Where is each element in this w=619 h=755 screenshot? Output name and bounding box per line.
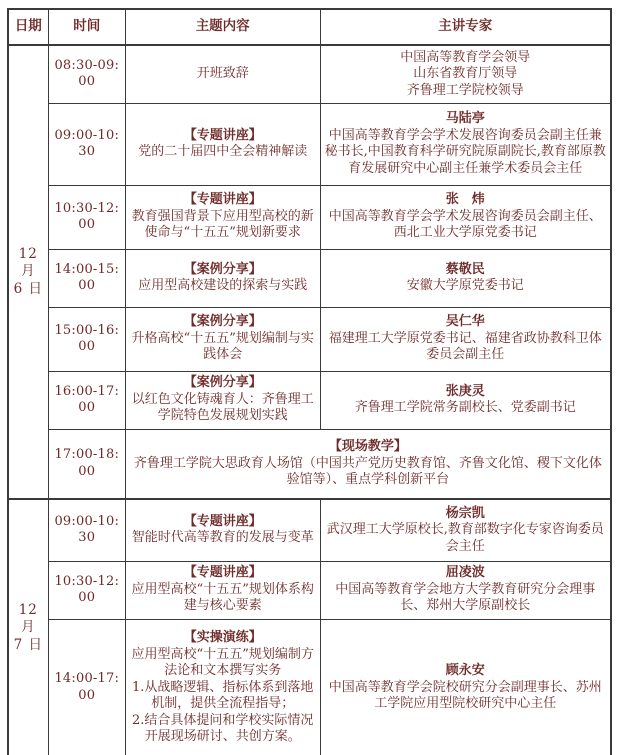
session-topic: 【案例分享】 升格高校“十五五”规划编制与实践体会 (125, 307, 320, 371)
session-topic: 【专题讲座】 党的二十届四中全会精神解读 (125, 103, 320, 185)
session-speaker: 吴仁华 福建理工大学原党委书记、福建省政协教科卫体委员会副主任 (320, 307, 611, 371)
session-row: 17:00-18:00 【现场教学】 齐鲁理工学院大思政育人场馆（中国共产党历史… (8, 429, 611, 499)
session-row: 10:30-12:00 【专题讲座】 教育强国背景下应用型高校的新使命与“十五五… (8, 185, 611, 249)
session-time: 16:00-17:00 (48, 371, 125, 429)
topic-tag: 【实操演练】 (130, 630, 316, 647)
session-time: 09:00-10:30 (48, 103, 125, 185)
speaker-name: 吴仁华 (325, 314, 606, 331)
session-row: 10:30-12:00 【专题讲座】 应用型高校“十五五”规划体系构建与核心要素… (8, 561, 611, 619)
col-header-time: 时间 (48, 9, 125, 45)
session-time: 17:00-18:00 (48, 429, 125, 499)
date-cell-day2: 12 月 7 日 (8, 499, 48, 755)
date-cell-day1: 12 月 6 日 (8, 45, 48, 499)
session-row: 15:00-16:00 【案例分享】 升格高校“十五五”规划编制与实践体会 吴仁… (8, 307, 611, 371)
session-time: 10:30-12:00 (48, 185, 125, 249)
session-topic: 【案例分享】 应用型高校建设的探索与实践 (125, 249, 320, 307)
session-speaker: 张 炜 中国高等教育学会学术发展咨询委员会副主任、西北工业大学原党委书记 (320, 185, 611, 249)
speaker-name: 顾永安 (325, 663, 606, 680)
topic-body: 应用型高校建设的探索与实践 (130, 278, 316, 295)
schedule-table: 日期 时间 主题内容 主讲专家 12 月 6 日 08:30-09:00 开班致… (7, 8, 612, 755)
topic-tag: 【专题讲座】 (130, 565, 316, 582)
speaker-name: 张 炜 (325, 192, 606, 209)
session-time: 14:00-15:00 (48, 249, 125, 307)
session-topic-merged: 【现场教学】 齐鲁理工学院大思政育人场馆（中国共产党历史教育馆、齐鲁文化馆、稷下… (125, 429, 611, 499)
topic-body: 以红色文化铸魂育人：齐鲁理工学院特色发展规划实践 (130, 392, 316, 425)
col-header-date: 日期 (8, 9, 48, 45)
speaker-name: 屈凌波 (325, 565, 606, 582)
topic-body: 开班致辞 (130, 66, 316, 83)
speaker-name: 杨宗凯 (325, 506, 606, 523)
speaker-desc: 齐鲁理工学院常务副校长、党委副书记 (325, 400, 606, 417)
session-row: 12 月 7 日 09:00-10:30 【专题讲座】 智能时代高等教育的发展与… (8, 499, 611, 561)
speaker-desc: 中国高等教育学会学术发展咨询委员会副主任、西北工业大学原党委书记 (325, 209, 606, 242)
speaker-name: 蔡敬民 (325, 262, 606, 279)
session-time: 14:00-17:00 (48, 619, 125, 755)
speaker-desc: 中国高等教育学会学术发展咨询委员会副主任兼秘书长,中国教育科学研究院原副院长,教… (325, 128, 606, 178)
session-topic: 【专题讲座】 教育强国背景下应用型高校的新使命与“十五五”规划新要求 (125, 185, 320, 249)
topic-body: 齐鲁理工学院大思政育人场馆（中国共产党历史教育馆、齐鲁文化馆、稷下文化体验馆等）… (130, 456, 606, 489)
topic-tag: 【现场教学】 (130, 439, 606, 456)
topic-tag: 【案例分享】 (130, 262, 316, 279)
topic-tag: 【案例分享】 (130, 314, 316, 331)
session-speaker: 马陆亭 中国高等教育学会学术发展咨询委员会副主任兼秘书长,中国教育科学研究院原副… (320, 103, 611, 185)
speaker-name: 马陆亭 (325, 111, 606, 128)
topic-body: 教育强国背景下应用型高校的新使命与“十五五”规划新要求 (130, 209, 316, 242)
topic-tag: 【专题讲座】 (130, 192, 316, 209)
col-header-speaker: 主讲专家 (320, 9, 611, 45)
session-time: 08:30-09:00 (48, 45, 125, 103)
session-row: 16:00-17:00 【案例分享】 以红色文化铸魂育人：齐鲁理工学院特色发展规… (8, 371, 611, 429)
topic-body: 应用型高校“十五五”规划编制方法论和文本撰写实务 1.从战略逻辑、指标体系到落地… (130, 647, 316, 746)
topic-tag: 【专题讲座】 (130, 128, 316, 145)
session-row: 14:00-15:00 【案例分享】 应用型高校建设的探索与实践 蔡敬民 安徽大… (8, 249, 611, 307)
speaker-desc: 福建理工大学原党委书记、福建省政协教科卫体委员会副主任 (325, 331, 606, 364)
topic-tag: 【专题讲座】 (130, 514, 316, 531)
session-speaker: 杨宗凯 武汉理工大学原校长,教育部数字化专家咨询委员会主任 (320, 499, 611, 561)
session-speaker: 蔡敬民 安徽大学原党委书记 (320, 249, 611, 307)
speaker-desc: 中国高等教育学会领导 山东省教育厅领导 齐鲁理工学院校领导 (325, 50, 606, 100)
speaker-desc: 中国高等教育学会地方大学教育研究分会理事长、郑州大学原副校长 (325, 582, 606, 615)
topic-tag: 【案例分享】 (130, 375, 316, 392)
topic-body: 智能时代高等教育的发展与变革 (130, 530, 316, 547)
session-topic: 开班致辞 (125, 45, 320, 103)
session-topic: 【实操演练】 应用型高校“十五五”规划编制方法论和文本撰写实务 1.从战略逻辑、… (125, 619, 320, 755)
speaker-desc: 安徽大学原党委书记 (325, 278, 606, 295)
col-header-topic: 主题内容 (125, 9, 320, 45)
topic-body: 升格高校“十五五”规划编制与实践体会 (130, 331, 316, 364)
speaker-desc: 中国高等教育学会院校研究分会副理事长、苏州工学院应用型院校研究中心主任 (325, 680, 606, 713)
session-topic: 【案例分享】 以红色文化铸魂育人：齐鲁理工学院特色发展规划实践 (125, 371, 320, 429)
session-topic: 【专题讲座】 智能时代高等教育的发展与变革 (125, 499, 320, 561)
speaker-desc: 武汉理工大学原校长,教育部数字化专家咨询委员会主任 (325, 522, 606, 555)
session-speaker: 中国高等教育学会领导 山东省教育厅领导 齐鲁理工学院校领导 (320, 45, 611, 103)
topic-body: 党的二十届四中全会精神解读 (130, 144, 316, 161)
topic-body: 应用型高校“十五五”规划体系构建与核心要素 (130, 582, 316, 615)
session-speaker: 屈凌波 中国高等教育学会地方大学教育研究分会理事长、郑州大学原副校长 (320, 561, 611, 619)
session-time: 10:30-12:00 (48, 561, 125, 619)
session-speaker: 顾永安 中国高等教育学会院校研究分会副理事长、苏州工学院应用型院校研究中心主任 (320, 619, 611, 755)
session-time: 15:00-16:00 (48, 307, 125, 371)
document-sheet: 日期 时间 主题内容 主讲专家 12 月 6 日 08:30-09:00 开班致… (0, 0, 619, 755)
session-row: 14:00-17:00 【实操演练】 应用型高校“十五五”规划编制方法论和文本撰… (8, 619, 611, 755)
session-topic: 【专题讲座】 应用型高校“十五五”规划体系构建与核心要素 (125, 561, 320, 619)
session-row: 09:00-10:30 【专题讲座】 党的二十届四中全会精神解读 马陆亭 中国高… (8, 103, 611, 185)
session-row: 12 月 6 日 08:30-09:00 开班致辞 中国高等教育学会领导 山东省… (8, 45, 611, 103)
header-row: 日期 时间 主题内容 主讲专家 (8, 9, 611, 45)
session-speaker: 张庚灵 齐鲁理工学院常务副校长、党委副书记 (320, 371, 611, 429)
session-time: 09:00-10:30 (48, 499, 125, 561)
speaker-name: 张庚灵 (325, 384, 606, 401)
